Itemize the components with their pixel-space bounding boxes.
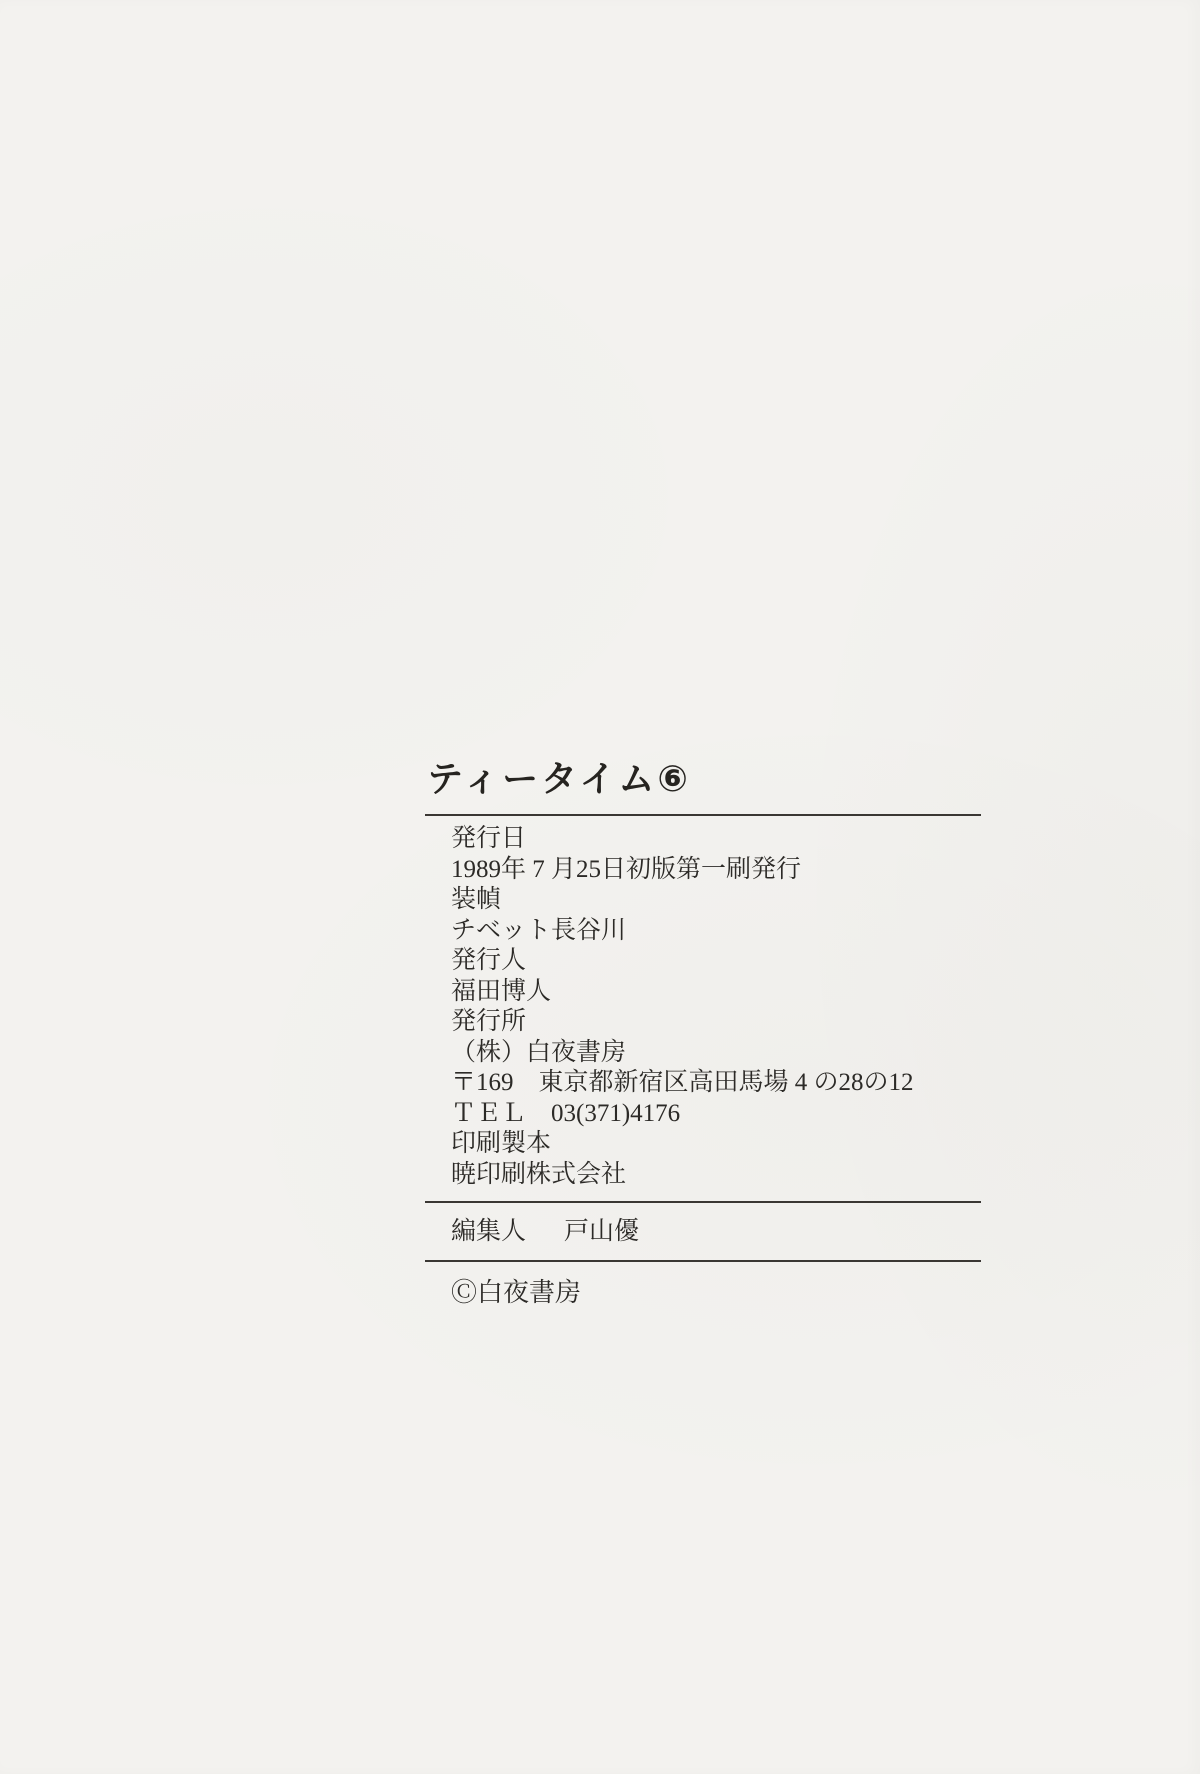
- colophon-line-telephone: ＴＥＬ 03(371)4176: [451, 1099, 981, 1130]
- divider-top: [425, 814, 981, 816]
- colophon-line-publisher-person-label: 発行人: [451, 946, 981, 977]
- colophon-block: ティータイム⑥ 発行日 1989年 7 月25日初版第一刷発行 装幀 チベット長…: [425, 758, 981, 1308]
- editor-row: 編集人戸山優: [451, 1217, 981, 1247]
- colophon-line-publish-date: 1989年 7 月25日初版第一刷発行: [451, 855, 981, 886]
- divider-bottom: [425, 1260, 981, 1262]
- colophon-line-printing-label: 印刷製本: [451, 1129, 981, 1160]
- colophon-line-address: 〒169 東京都新宿区高田馬場 4 の28の12: [451, 1068, 981, 1099]
- scanned-book-page: ティータイム⑥ 発行日 1989年 7 月25日初版第一刷発行 装幀 チベット長…: [0, 0, 1200, 1774]
- divider-middle: [425, 1201, 981, 1203]
- colophon-line-publisher-label: 発行所: [451, 1007, 981, 1038]
- editor-name: 戸山優: [564, 1218, 639, 1245]
- colophon-line-publish-date-label: 発行日: [451, 824, 981, 855]
- colophon-line-publisher-person: 福田博人: [451, 977, 981, 1008]
- publication-info: 発行日 1989年 7 月25日初版第一刷発行 装幀 チベット長谷川 発行人 福…: [451, 824, 981, 1190]
- copyright-line: Ⓒ白夜書房: [451, 1278, 981, 1308]
- editor-label: 編集人: [451, 1218, 526, 1245]
- book-title: ティータイム⑥: [425, 758, 981, 800]
- colophon-line-publisher: （株）白夜書房: [451, 1038, 981, 1069]
- colophon-line-designer: チベット長谷川: [451, 916, 981, 947]
- colophon-line-printing-company: 暁印刷株式会社: [451, 1160, 981, 1191]
- colophon-line-design-label: 装幀: [451, 885, 981, 916]
